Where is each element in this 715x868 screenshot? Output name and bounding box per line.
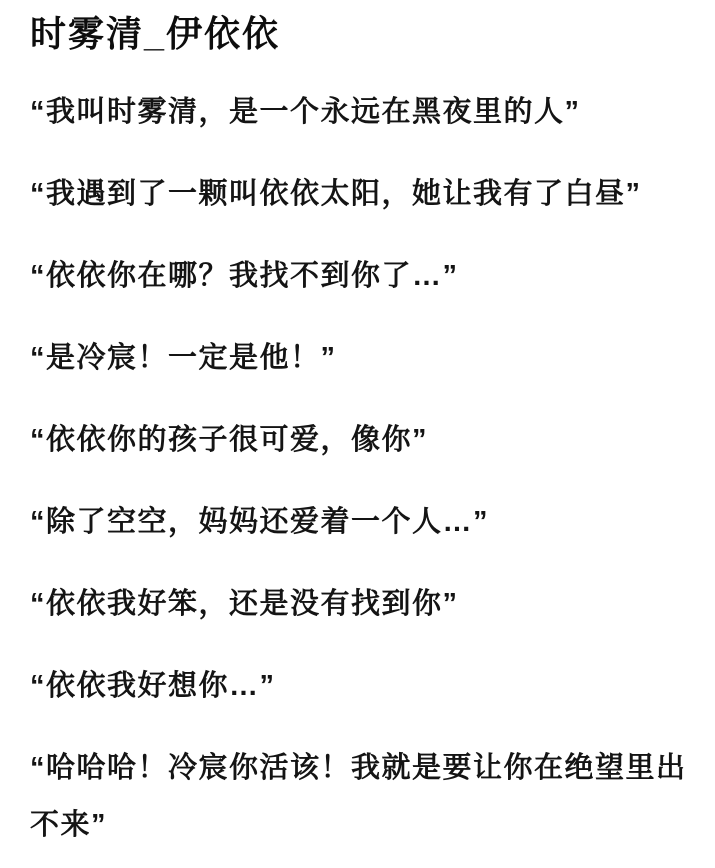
- page-title: 时雾清_伊依依: [30, 12, 695, 56]
- quote-line-7: “依依我好笨，还是没有找到你”: [30, 576, 692, 633]
- quote-line-9: “哈哈哈！冷宸你活该！我就是要让你在绝望里出不来”: [30, 740, 692, 854]
- quote-line-2: “我遇到了一颗叫依依太阳，她让我有了白昼”: [30, 166, 692, 223]
- quote-line-1: “我叫时雾清，是一个永远在黑夜里的人”: [30, 84, 692, 141]
- quote-line-4: “是冷宸！一定是他！”: [30, 330, 692, 387]
- document-page: 时雾清_伊依依 “我叫时雾清，是一个永远在黑夜里的人” “我遇到了一颗叫依依太阳…: [0, 0, 715, 868]
- quote-line-8: “依依我好想你…”: [30, 658, 692, 715]
- quote-line-5: “依依你的孩子很可爱，像你”: [30, 412, 692, 469]
- quote-line-6: “除了空空，妈妈还爱着一个人…”: [30, 494, 692, 551]
- quote-line-3: “依依你在哪？我找不到你了…”: [30, 248, 692, 305]
